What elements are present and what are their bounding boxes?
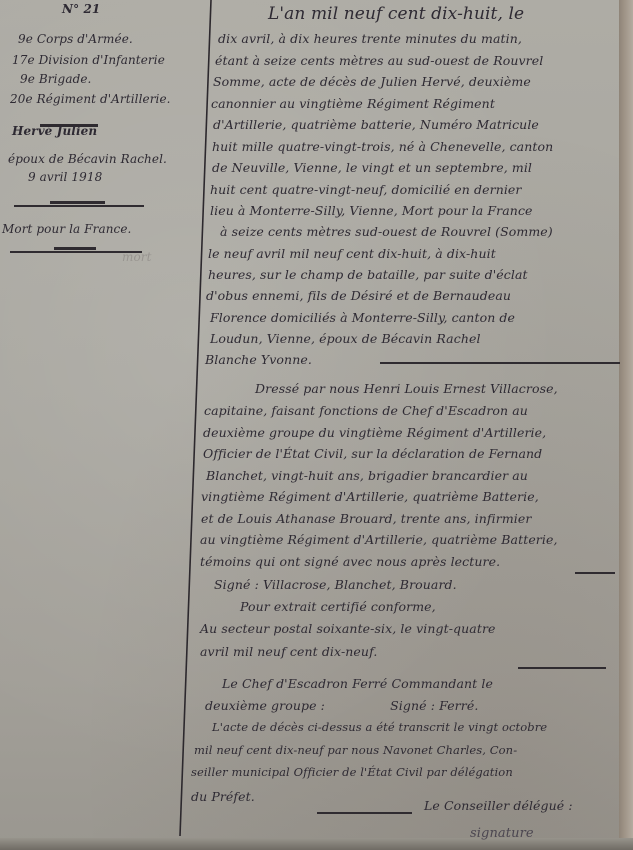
body-line: heures, sur le champ de bataille, par su… <box>208 267 528 282</box>
body-line: vingtième Régiment d'Artillerie, quatriè… <box>201 489 539 504</box>
margin-unit-regiment: 20e Régiment d'Artillerie. <box>10 92 171 106</box>
body-line: de Neuville, Vienne, le vingt et un sept… <box>212 160 532 175</box>
document-page: N° 21 9e Corps d'Armée. 17e Division d'I… <box>0 0 633 850</box>
transcription-line: mil neuf cent dix-neuf par nous Navonet … <box>194 743 517 757</box>
body-line: lieu à Monterre-Silly, Vienne, Mort pour… <box>210 203 533 218</box>
margin-unit-division: 17e Division d'Infanterie <box>12 53 165 67</box>
body-line: deuxième groupe : Signé : Ferré. <box>205 698 478 713</box>
body-line: d'Artillerie, quatrième batterie, Numéro… <box>213 117 539 132</box>
death-date: 9 avril 1918 <box>28 170 102 184</box>
body-line: Florence domiciliés à Monterre-Silly, ca… <box>210 310 515 325</box>
margin-unit-corps: 9e Corps d'Armée. <box>18 32 133 46</box>
body-line: L'an mil neuf cent dix-huit, le <box>268 4 524 24</box>
body-line: huit cent quatre-vingt-neuf, domicilié e… <box>210 182 522 197</box>
body-line: avril mil neuf cent dix-neuf. <box>200 644 377 659</box>
body-line: étant à seize cents mètres au sud-ouest … <box>215 53 543 68</box>
separator-short-2 <box>54 247 96 250</box>
page-bottom-edge <box>0 838 633 850</box>
deceased-name: Hervé Julien <box>12 124 97 138</box>
closing-rule-3 <box>518 667 606 669</box>
body-line: au vingtième Régiment d'Artillerie, quat… <box>200 532 558 547</box>
delegate-title: Le Conseiller délégué : <box>424 798 573 813</box>
body-line: témoins qui ont signé avec nous après le… <box>200 554 500 569</box>
body-line: dix avril, à dix heures trente minutes d… <box>218 31 522 46</box>
body-line: Dressé par nous Henri Louis Ernest Villa… <box>255 381 558 396</box>
transcription-line: du Préfet. <box>191 789 255 804</box>
transcription-line: seiller municipal Officier de l'État Civ… <box>191 765 513 779</box>
closing-rule-4 <box>317 812 412 814</box>
body-line: d'obus ennemi, fils de Désiré et de Bern… <box>206 288 511 303</box>
spouse-mention: époux de Bécavin Rachel. <box>8 152 167 166</box>
body-line: Pour extrait certifié conforme, <box>240 599 436 614</box>
closing-rule <box>380 362 620 364</box>
transcription-line: L'acte de décès ci-dessus a été transcri… <box>212 720 547 734</box>
body-line: canonnier au vingtième Régiment Régiment <box>211 96 495 111</box>
body-line: deuxième groupe du vingtième Régiment d'… <box>203 425 546 440</box>
page-edge <box>619 0 633 850</box>
body-line: Le Chef d'Escadron Ferré Commandant le <box>222 676 493 691</box>
mort-pour-la-france: Mort pour la France. <box>2 222 131 236</box>
record-number: N° 21 <box>62 2 100 16</box>
separator-short <box>50 201 105 204</box>
margin-unit-brigade: 9e Brigade. <box>20 72 91 86</box>
body-line: le neuf avril mil neuf cent dix-huit, à … <box>208 246 496 261</box>
body-line: Blanche Yvonne. <box>205 352 312 367</box>
body-line: capitaine, faisant fonctions de Chef d'E… <box>204 403 528 418</box>
closing-rule-2 <box>575 572 615 574</box>
body-line: Au secteur postal soixante-six, le vingt… <box>200 621 496 636</box>
body-line: et de Louis Athanase Brouard, trente ans… <box>201 511 531 526</box>
delegate-signature: signature <box>470 826 534 841</box>
body-line: Loudun, Vienne, époux de Bécavin Rachel <box>210 331 481 346</box>
faded-stamp: mort <box>122 250 152 264</box>
body-line: Somme, acte de décès de Julien Hervé, de… <box>213 74 531 89</box>
signatures-line: Signé : Villacrose, Blanchet, Brouard. <box>214 577 457 592</box>
body-line: Officier de l'État Civil, sur la déclara… <box>203 446 542 461</box>
separator-long <box>14 205 144 207</box>
body-line: huit mille quatre-vingt-trois, né à Chen… <box>212 139 553 154</box>
body-line: à seize cents mètres sud-ouest de Rouvre… <box>220 224 553 239</box>
body-line: Blanchet, vingt-huit ans, brigadier bran… <box>206 468 528 483</box>
